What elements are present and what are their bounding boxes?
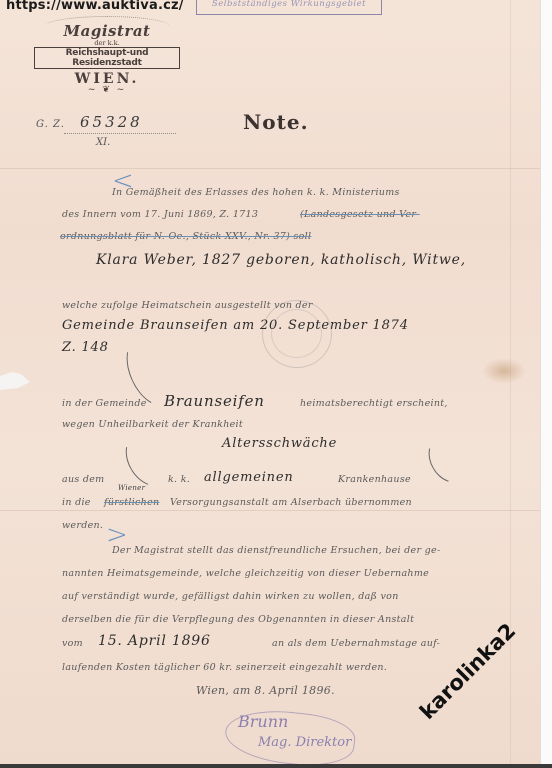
body-line: Versorgungsanstalt am Alserbach übernomm…: [170, 497, 412, 508]
scan-edge: [540, 0, 552, 768]
body-line: heimatsberechtigt erscheint,: [300, 398, 448, 409]
reference-department: XI.: [96, 137, 110, 148]
paper-tear: [0, 370, 30, 390]
hospital-name: allgemeinen: [204, 470, 294, 485]
body-line: wegen Unheilbarkeit der Krankheit: [62, 419, 243, 430]
letterhead-flourish: ~ ❦ ~: [34, 85, 180, 95]
top-rubber-stamp: Selbstständiges Wirkungsgebiet: [196, 0, 382, 15]
url-watermark: https://www.auktiva.cz/: [6, 0, 184, 13]
body-line: Krankenhause: [338, 474, 411, 485]
letterhead-banner: Reichshaupt-und Residenzstadt: [34, 47, 180, 69]
body-line: des Innern vom 17. Juni 1869, Z. 1713: [62, 209, 258, 220]
body-line: in die: [62, 497, 91, 508]
body-line-struck: ordnungsblatt für N.-Oe., Stück XXV., Nr…: [60, 231, 311, 242]
body-line: vom: [62, 638, 83, 649]
body-line: werden.: [62, 520, 103, 531]
place-date: Wien, am 8. April 1896.: [196, 684, 335, 697]
fold-line: [0, 168, 540, 169]
scan-bottom-edge: [0, 764, 552, 768]
document-title: Note.: [243, 110, 309, 134]
signature-title: Mag. Direktor: [258, 735, 351, 750]
body-line: laufenden Kosten täglicher 60 kr. seiner…: [62, 662, 387, 673]
inserted-word: Wiener: [118, 484, 145, 492]
body-line-struck: (Landesgesetz und Ver-: [300, 209, 420, 220]
body-line: an als dem Uebernahmstage auf-: [272, 638, 440, 649]
signature: Brunn: [238, 712, 288, 731]
reference-label: G. Z.: [36, 119, 65, 130]
body-line: Gemeinde Braunseifen am 20. September 18…: [62, 318, 409, 333]
municipality-name: Braunseifen: [164, 392, 265, 410]
person-name-line: Klara Weber, 1827 geboren, katholisch, W…: [96, 252, 466, 268]
paper-stain: [482, 358, 526, 384]
body-line: nannten Heimatsgemeinde, welche gleichze…: [62, 568, 429, 579]
reference-number: 65328: [80, 113, 143, 131]
body-line: auf verständigt wurde, gefälligst dahin …: [62, 591, 399, 602]
body-line: k. k.: [168, 474, 190, 485]
body-line-struck: fürstlichen: [104, 497, 159, 508]
fold-line: [510, 0, 511, 768]
intake-date: 15. April 1896: [98, 633, 211, 649]
body-line: in der Gemeinde: [62, 398, 147, 409]
body-line: derselben die für die Verpflegung des Ob…: [62, 614, 414, 625]
body-line: Der Magistrat stellt das dienstfreundlic…: [112, 545, 440, 556]
body-line: welche zufolge Heimatschein ausgestellt …: [62, 300, 313, 311]
letterhead: Magistrat der k.k. Reichshaupt-und Resid…: [34, 10, 180, 110]
fold-line: [0, 510, 540, 511]
body-line: Z. 148: [62, 340, 109, 355]
illness-name: Altersschwäche: [222, 436, 337, 451]
letterhead-subtitle: der k.k.: [34, 39, 180, 47]
body-line: aus dem: [62, 474, 105, 485]
document-paper: Selbstständiges Wirkungsgebiet Magistrat…: [0, 0, 540, 768]
pen-flourish: [420, 425, 482, 491]
letterhead-ornament: [44, 16, 170, 37]
body-line: In Gemäßheit des Erlasses des hohen k. k…: [112, 187, 400, 198]
reference-underline: [64, 133, 176, 134]
